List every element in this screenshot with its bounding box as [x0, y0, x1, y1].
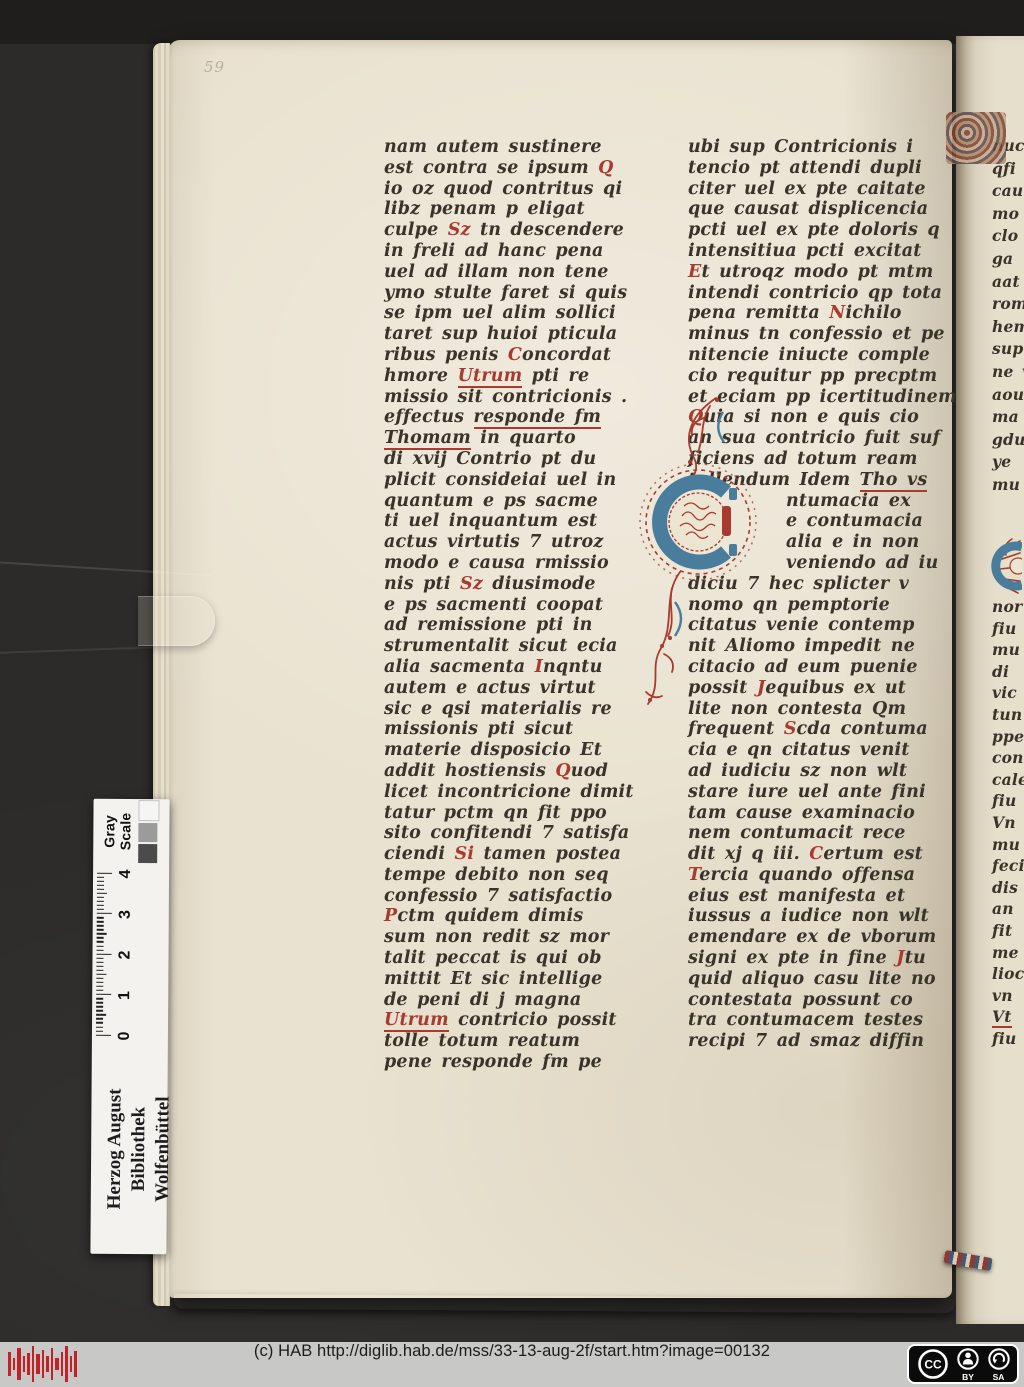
facing-text-fragments-bottom: norfiumudivictunppeconcalefiuVnmufecidis…: [992, 596, 1024, 1049]
ink-text: missionis pti sicut: [384, 719, 573, 739]
rubricated-text: Utrum: [458, 366, 523, 388]
manuscript-text-line: hmore Utrum pti re: [384, 366, 684, 387]
manuscript-text-line: contestata possunt co: [688, 990, 988, 1011]
manuscript-text-line: stare iure uel ante fini: [688, 782, 988, 803]
gray-scale-swatches: [138, 799, 159, 864]
ink-text: quid aliquo casu lite no: [688, 969, 936, 989]
manuscript-text-line: quid aliquo casu lite no: [688, 969, 988, 990]
manuscript-text-line: intensitiua pcti excitat: [688, 241, 988, 262]
manuscript-text-line: tun: [992, 704, 1024, 726]
ink-text: autem e actus virtut: [384, 678, 596, 698]
decorated-initial-icon: [620, 392, 760, 712]
ruler-tick: [97, 893, 107, 894]
ruler-tick: [96, 986, 103, 987]
rubricated-text: Si: [455, 844, 475, 864]
manuscript-text-line: lioc: [992, 963, 1024, 985]
ruler-tick: [96, 998, 103, 999]
ink-text: ga: [992, 249, 1013, 268]
manuscript-text-line: tencio pt attendi dupli: [688, 158, 988, 179]
ink-text: diusimode: [483, 574, 596, 594]
ink-text: stare iure uel ante fini: [688, 782, 926, 802]
ink-text: uel ad illam non tene: [384, 262, 609, 282]
ink-text: fiu: [992, 791, 1016, 810]
ink-text: hmore: [384, 366, 458, 386]
ink-text: strumentalit sicut ecia: [384, 636, 618, 656]
manuscript-text-line: taret sup huioi pticula: [384, 324, 684, 345]
ink-text: ppe: [992, 727, 1024, 746]
ink-text: emendare ex de vborum: [688, 927, 936, 947]
manuscript-text-line: ubi sup Contricionis i: [688, 137, 988, 158]
ruler-tick: [96, 1010, 103, 1011]
ink-text: pene responde fm pe: [384, 1052, 602, 1072]
manuscript-text-line: con: [992, 747, 1024, 769]
page-holder-clip: [138, 596, 215, 646]
ink-text: ye: [992, 452, 1011, 471]
manuscript-text-line: hem: [992, 316, 1024, 339]
cc-sa-label: SA: [993, 1372, 1005, 1382]
ink-text: clo: [992, 226, 1018, 245]
manuscript-text-line: materie disposicio Et: [384, 740, 684, 761]
rubricated-text: Utrum: [384, 1010, 449, 1032]
ink-text: tun: [992, 705, 1022, 724]
cc-by-person-icon: [956, 1347, 980, 1371]
ruler-tick: [96, 982, 103, 983]
ink-text: pena remitta: [688, 303, 829, 323]
manuscript-text-line: sito confitendi 7 satisfa: [384, 823, 684, 844]
ink-text: fit: [992, 921, 1012, 940]
ink-text: vic: [992, 683, 1017, 702]
ink-text: ymo stulte faret si quis: [384, 283, 627, 303]
ink-text: citer uel ex pte caitate: [688, 179, 926, 199]
ruler-tick: [97, 901, 104, 902]
ink-text: talit peccat is qui ob: [384, 948, 602, 968]
manuscript-text-line: est contra se ipsum Q: [384, 158, 684, 179]
ink-text: licet incontricione dimit: [384, 782, 634, 802]
ink-text: tatur pctm qn fit ppo: [384, 803, 607, 823]
manuscript-text-line: ribus penis Concordat: [384, 345, 684, 366]
ink-text: io oz quod contritus qi: [384, 179, 622, 199]
manuscript-page: 59 nam autem sustinereest contra se ipsu…: [168, 40, 952, 1298]
ink-text: sum non redit sz mor: [384, 927, 609, 947]
manuscript-text-line: Vt: [992, 1006, 1024, 1028]
manuscript-text-line: ga: [992, 248, 1024, 271]
ink-text: mu: [992, 475, 1020, 494]
manuscript-text-line: aou: [992, 384, 1024, 407]
manuscript-text-line: rom: [992, 293, 1024, 316]
ink-text: dit xj q iii.: [688, 844, 809, 864]
manuscript-text-line: pcti uel ex pte doloris q: [688, 220, 988, 241]
ink-text: pti re: [522, 366, 589, 386]
ruler-tick: [97, 917, 104, 918]
ink-text: materie disposicio Et: [384, 740, 602, 760]
ruler-tick: [97, 909, 104, 910]
ink-text: fiu: [992, 1029, 1016, 1048]
manuscript-text-line: nor: [992, 596, 1024, 618]
ink-text: tn descendere: [471, 220, 624, 240]
manuscript-text-line: licet incontricione dimit: [384, 782, 684, 803]
manuscript-text-line: addit hostiensis Quod: [384, 761, 684, 782]
ruler-number: 1: [116, 991, 134, 1000]
gray-swatch: [138, 823, 157, 842]
ruler-tick: [96, 1022, 103, 1023]
ruler-tick: [97, 929, 104, 930]
rubricated-text: E: [688, 262, 702, 282]
manuscript-text-line: feci: [992, 855, 1024, 877]
ruler-tick: [96, 1030, 103, 1031]
manuscript-text-line: gdu: [992, 429, 1024, 452]
ruler-tick: [97, 913, 112, 914]
ruler-tick: [96, 1014, 106, 1015]
ruler-tick: [97, 945, 104, 946]
ink-text: me: [992, 943, 1019, 962]
manuscript-text-line: pena remitta Nichilo: [688, 303, 988, 324]
ink-text: quantum e ps sacme: [384, 491, 598, 511]
ruler-tick: [97, 925, 104, 926]
library-name-line1: Herzog August Bibliothek: [102, 1044, 151, 1254]
manuscript-text-line: in freli ad hanc pena: [384, 241, 684, 262]
cc-logo-text: CC: [924, 1358, 942, 1372]
manuscript-text-line: mu: [992, 834, 1024, 856]
manuscript-text-line: fiu: [992, 1028, 1024, 1050]
ink-text: ad iudiciu sz non wlt: [688, 761, 907, 781]
ruler-tick: [96, 974, 106, 975]
ink-text: mu: [992, 835, 1020, 854]
rubricated-text: responde fm: [474, 407, 602, 429]
manuscript-text-line: frequent Scda contuma: [688, 719, 988, 740]
manuscript-text-line: mu: [992, 474, 1024, 497]
ink-text: ubi sup Contricionis i: [688, 137, 913, 157]
ink-text: nam autem sustinere: [384, 137, 602, 157]
ink-text: sic e qsi materialis re: [384, 699, 612, 719]
library-name-line2: Wolfenbüttel: [150, 1044, 175, 1254]
hab-red-barcode-icon: [6, 1344, 80, 1384]
rubricated-text: Sz: [460, 574, 483, 594]
manuscript-text-line: mo: [992, 203, 1024, 226]
ruler-tick: [96, 1006, 103, 1007]
ruler-tick: [97, 876, 104, 877]
ink-text: cio requitur pp precptm: [688, 366, 937, 386]
rubricated-text: Sz: [448, 220, 471, 240]
ink-text: ti uel inquantum est: [384, 511, 597, 531]
cc-by-group: BY: [956, 1347, 980, 1382]
manuscript-text-line: fit: [992, 920, 1024, 942]
gray-scale-label: Gray Scale: [101, 799, 133, 864]
rubricated-text: P: [384, 906, 397, 926]
ink-text: missio sit contricionis .: [384, 387, 627, 407]
ruler-tick: [97, 897, 104, 898]
ink-text: contricio possit: [449, 1010, 617, 1030]
manuscript-text-line: io oz quod contritus qi: [384, 179, 684, 200]
ink-text: actus virtutis 7 utroz: [384, 532, 604, 552]
ink-text: di: [992, 662, 1009, 681]
ink-text: ichilo: [845, 303, 901, 323]
manuscript-text-line: uel ad illam non tene: [384, 262, 684, 283]
ink-text: tencio pt attendi dupli: [688, 158, 922, 178]
ruler-tick: [96, 966, 103, 967]
manuscript-text-line: mittit Et sic intellige: [384, 969, 684, 990]
ink-text: e contumacia: [786, 511, 923, 531]
ink-text: di xvij Contrio pt du: [384, 449, 596, 469]
ink-text: effectus: [384, 407, 474, 427]
gray-swatch: [138, 800, 159, 821]
ink-text: se ipm uel alim sollici: [384, 303, 616, 323]
ink-text: est contra se ipsum: [384, 158, 598, 178]
ink-text: alia e in non: [786, 532, 919, 552]
rubricated-text: T: [688, 865, 699, 885]
ink-text: cale: [992, 770, 1024, 789]
ink-text: modo e causa rmissio: [384, 553, 609, 573]
manuscript-text-line: nem contumacit rece: [688, 823, 988, 844]
manuscript-text-line: clo: [992, 225, 1024, 248]
manuscript-text-line: culpe Sz tn descendere: [384, 220, 684, 241]
ruler-tick: [96, 978, 103, 979]
manuscript-text-line: tolle totum reatum: [384, 1031, 684, 1052]
manuscript-text-line: dit xj q iii. Certum est: [688, 844, 988, 865]
manuscript-text-line: di: [992, 661, 1024, 683]
ink-text: uod: [571, 761, 608, 781]
ink-text: minus tn confessio et pe: [688, 324, 945, 344]
gray-swatch: [138, 844, 157, 863]
ink-text: ma: [992, 407, 1019, 426]
manuscript-text-line: citer uel ex pte caitate: [688, 179, 988, 200]
rubricated-text: Q: [555, 761, 570, 781]
ink-text: ertum est: [823, 844, 923, 864]
manuscript-text-line: dis: [992, 877, 1024, 899]
ink-text: feci: [992, 856, 1024, 875]
ink-text: cda contuma: [797, 719, 928, 739]
manuscript-text-line: talit peccat is qui ob: [384, 948, 684, 969]
facing-text-fragments-top: nucqficaumoclogaaatromhemsupne vaoumagdu…: [992, 135, 1024, 497]
ink-text: culpe: [384, 220, 448, 240]
manuscript-text-line: tra contumacem testes: [688, 1010, 988, 1031]
rubricated-text: Tho vs: [860, 470, 928, 492]
manuscript-text-line: ma: [992, 406, 1024, 429]
cc-sa-arrow-icon: [987, 1347, 1011, 1371]
manuscript-text-line: an: [992, 898, 1024, 920]
rubricated-text: C: [809, 844, 823, 864]
manuscript-text-line: ye: [992, 451, 1024, 474]
manuscript-text-line: Utrum contricio possit: [384, 1010, 684, 1031]
credit-url-text: (c) HAB http://diglib.hab.de/mss/33-13-a…: [0, 1342, 1024, 1387]
ink-text: tempe debito non seq: [384, 865, 609, 885]
manuscript-text-line: nitencie iniucte comple: [688, 345, 988, 366]
manuscript-text-line: fiu: [992, 618, 1024, 640]
rubricated-text: Vt: [992, 1007, 1012, 1028]
ink-text: cia e qn citatus venit: [688, 740, 910, 760]
ink-text: lioc: [992, 964, 1024, 983]
rubricated-text: N: [829, 303, 845, 323]
ink-text: nqntu: [543, 657, 603, 677]
ruler-tick: [97, 905, 104, 906]
ink-text: nis pti: [384, 574, 460, 594]
manuscript-text-line: vic: [992, 682, 1024, 704]
ink-text: intensitiua pcti excitat: [688, 241, 922, 261]
ink-text: rom: [992, 294, 1024, 313]
manuscript-text-line: recipi 7 ad smaz diffin: [688, 1031, 988, 1052]
ink-text: tamen postea: [474, 844, 621, 864]
ink-text: de peni di j magna: [384, 990, 581, 1010]
ink-text: equibus ex ut: [765, 678, 906, 698]
manuscript-text-line: me: [992, 942, 1024, 964]
manuscript-text-line: Vn: [992, 812, 1024, 834]
ink-text: alia sacmenta: [384, 657, 535, 677]
manuscript-text-line: minus tn confessio et pe: [688, 324, 988, 345]
manuscript-text-line: nam autem sustinere: [384, 137, 684, 158]
ink-text: mittit Et sic intellige: [384, 969, 602, 989]
manuscript-text-line: tatur pctm qn fit ppo: [384, 803, 684, 824]
ruler-card-content: Herzog August Bibliothek Wolfenbüttel 01…: [90, 799, 169, 1255]
manuscript-text-line: ne v: [992, 361, 1024, 384]
ink-text: fiu: [992, 619, 1016, 638]
ruler-tick: [96, 994, 111, 995]
manuscript-text-line: sum non redit sz mor: [384, 927, 684, 948]
ruler-tick: [96, 970, 103, 971]
manuscript-text-line: tempe debito non seq: [384, 865, 684, 886]
manuscript-text-line: ppe: [992, 726, 1024, 748]
ink-text: con: [992, 748, 1024, 767]
manuscript-text-line: ad iudiciu sz non wlt: [688, 761, 988, 782]
rubricated-text: C: [508, 345, 522, 365]
ink-text: eius est manifesta et: [688, 886, 905, 906]
ink-text: ctm quidem dimis: [397, 906, 583, 926]
manuscript-text-line: sup: [992, 338, 1024, 361]
ink-text: e ps sacmenti coopat: [384, 595, 603, 615]
facing-page-edge: nucqficaumoclogaaatromhemsupne vaoumagdu…: [956, 36, 1024, 1324]
manuscript-text-line: cau: [992, 180, 1024, 203]
rubricated-text: J: [896, 948, 904, 968]
ink-text: taret sup huioi pticula: [384, 324, 617, 344]
ruler-number: 3: [117, 910, 135, 919]
manuscript-text-line: cia e qn citatus venit: [688, 740, 988, 761]
manuscript-text-line: de peni di j magna: [384, 990, 684, 1011]
ink-text: nor: [992, 597, 1022, 616]
manuscript-text-line: cio requitur pp precptm: [688, 366, 988, 387]
ruler-tick: [97, 949, 104, 950]
ink-text: ne v: [992, 362, 1024, 381]
ink-text: recipi 7 ad smaz diffin: [688, 1031, 924, 1051]
ink-text: signi ex pte in fine: [688, 948, 896, 968]
ruler-tick: [97, 941, 104, 942]
ink-text: addit hostiensis: [384, 761, 555, 781]
manuscript-text-line: Tercia quando offensa: [688, 865, 988, 886]
ink-text: tu: [905, 948, 926, 968]
footer-bar: (c) HAB http://diglib.hab.de/mss/33-13-a…: [0, 1342, 1024, 1387]
ink-text: pcti uel ex pte doloris q: [688, 220, 940, 240]
manuscript-text-line: ciendi Si tamen postea: [384, 844, 684, 865]
ruler-number: 0: [116, 1031, 134, 1040]
ink-text: aat: [992, 272, 1020, 291]
manuscript-text-line: signi ex pte in fine Jtu: [688, 948, 988, 969]
manuscript-text-line: vn: [992, 985, 1024, 1007]
pencil-folio-number: 59: [204, 58, 225, 76]
gray-scale-ruler-card: Herzog August Bibliothek Wolfenbüttel 01…: [90, 799, 169, 1255]
ruler-tick: [97, 937, 104, 938]
ink-text: nem contumacit rece: [688, 823, 906, 843]
ink-text: mu: [992, 640, 1020, 659]
manuscript-text-line: intendi contricio qp tota: [688, 283, 988, 304]
ink-text: tolle totum reatum: [384, 1031, 580, 1051]
manuscript-text-line: mu: [992, 639, 1024, 661]
manuscript-text-line: ymo stulte faret si quis: [384, 283, 684, 304]
ink-text: ribus penis: [384, 345, 508, 365]
rubricated-text: Q: [598, 158, 613, 178]
ruler-tick: [97, 872, 112, 873]
marbled-gutter-patch: [946, 112, 1006, 164]
ink-text: veniendo ad iu: [786, 553, 938, 573]
ink-text: sup: [992, 339, 1023, 358]
rubricated-text: I: [535, 657, 543, 677]
ruler-number: 4: [117, 869, 135, 878]
ink-text: tam cause examinacio: [688, 803, 915, 823]
ink-text: intendi contricio qp tota: [688, 283, 942, 303]
ruler-number: 2: [116, 950, 134, 959]
ink-text: nitencie iniucte comple: [688, 345, 930, 365]
ink-text: in freli ad hanc pena: [384, 241, 604, 261]
manuscript-text-line: Et utroqz modo pt mtm: [688, 262, 988, 283]
ruler-tick: [97, 921, 104, 922]
ink-text: aou: [992, 385, 1024, 404]
facing-initial-flourish-icon: [976, 533, 1022, 599]
manuscript-text-line: que causat displicencia: [688, 199, 988, 220]
ruler-tick: [97, 933, 107, 934]
cc-logo-icon: CC: [916, 1347, 950, 1381]
ruler-tick: [96, 1002, 103, 1003]
ink-text: ntumacia ex: [786, 491, 911, 511]
ink-text: que causat displicencia: [688, 199, 928, 219]
ink-text: an: [992, 899, 1014, 918]
cc-license-badge[interactable]: CC BY SA: [907, 1344, 1019, 1384]
ink-text: vn: [992, 986, 1013, 1005]
manuscript-text-line: iussus a iudice non wlt: [688, 906, 988, 927]
ink-text: gdu: [992, 430, 1024, 449]
manuscript-text-line: pene responde fm pe: [384, 1052, 684, 1073]
manuscript-text-line: se ipm uel alim sollici: [384, 303, 684, 324]
ink-text: in quarto: [471, 428, 576, 448]
library-name-label: Herzog August Bibliothek Wolfenbüttel: [90, 1044, 167, 1255]
ruler-tick: [97, 889, 104, 890]
manuscript-text-line: missionis pti sicut: [384, 719, 684, 740]
ruler-tick: [97, 880, 104, 881]
ink-text: tra contumacem testes: [688, 1010, 923, 1030]
ink-text: plicit consideiai uel in: [384, 470, 616, 490]
gray-scale-block: Gray Scale: [93, 799, 169, 865]
cm-ruler: 01234: [92, 864, 169, 1045]
ruler-tick: [96, 1034, 111, 1035]
ink-text: libz penam p eligat: [384, 199, 585, 219]
ink-text: cau: [992, 181, 1023, 200]
digitized-manuscript-viewer: 59 nam autem sustinereest contra se ipsu…: [0, 0, 1024, 1387]
manuscript-text-line: fiu: [992, 790, 1024, 812]
ink-text: iussus a iudice non wlt: [688, 906, 929, 926]
ink-text: contestata possunt co: [688, 990, 913, 1010]
ink-text: dis: [992, 878, 1018, 897]
ink-text: sito confitendi 7 satisfa: [384, 823, 629, 843]
ink-text: ad remissione pti in: [384, 615, 593, 635]
ruler-tick: [96, 1018, 103, 1019]
ruler-tick: [97, 885, 104, 886]
manuscript-text-line: cale: [992, 769, 1024, 791]
ink-text: ercia quando offensa: [699, 865, 915, 885]
manuscript-text-line: Pctm quidem dimis: [384, 906, 684, 927]
ruler-tick: [96, 961, 103, 962]
ruler-tick: [96, 1026, 103, 1027]
rubricated-text: S: [784, 719, 797, 739]
manuscript-text-line: tam cause examinacio: [688, 803, 988, 824]
ink-text: frequent: [688, 719, 784, 739]
ruler-tick: [96, 957, 103, 958]
cc-sa-group: SA: [987, 1347, 1011, 1382]
ruler-tick: [96, 990, 103, 991]
